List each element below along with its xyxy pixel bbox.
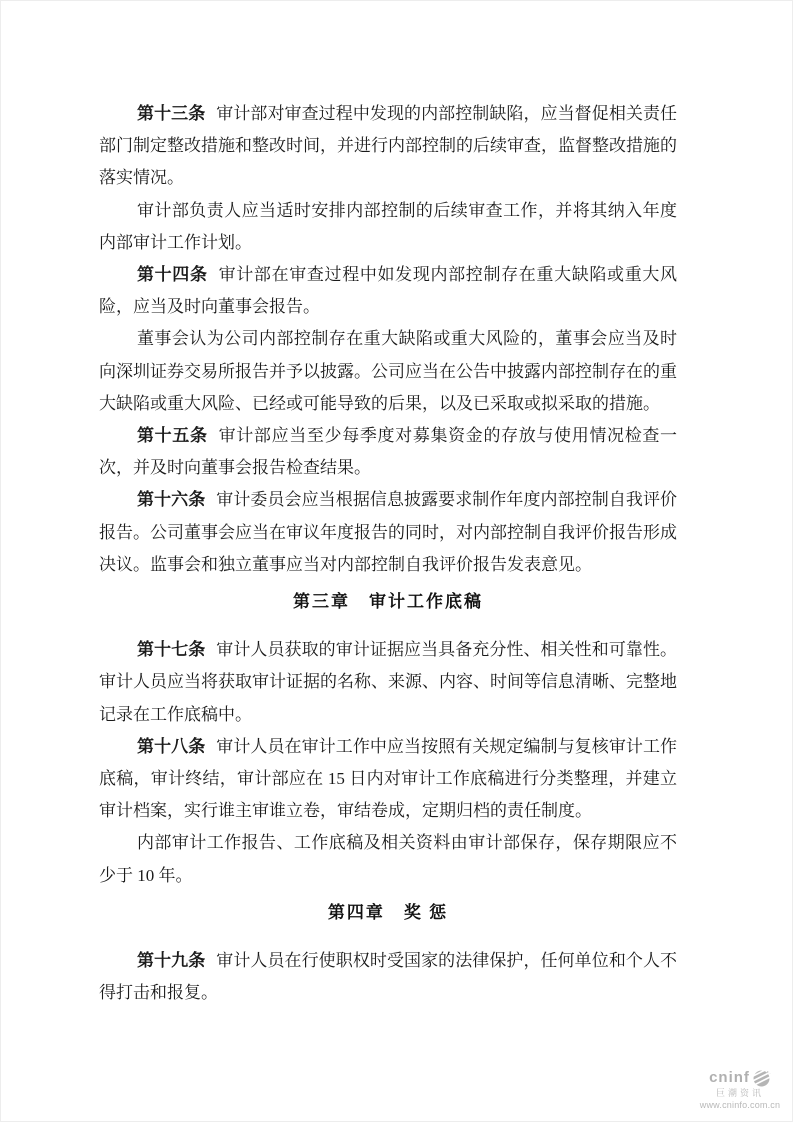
paragraph-text: 董事会认为公司内部控制存在重大缺陷或重大风险的，董事会应当及时向深圳证券交易所报… [99, 329, 677, 412]
body-paragraph: 审计部负责人应当适时安排内部控制的后续审查工作，并将其纳入年度内部审计工作计划。 [99, 195, 677, 259]
body-paragraph: 内部审计工作报告、工作底稿及相关资料由审计部保存，保存期限应不少于 10 年。 [99, 827, 677, 891]
cninfo-watermark: cninf 巨潮资讯 www.cninfo.com.cn [692, 1069, 788, 1111]
article-number: 第十六条 [137, 490, 205, 509]
article-paragraph: 第十五条审计部应当至少每季度对募集资金的存放与使用情况检查一次，并及时向董事会报… [99, 420, 677, 484]
article-paragraph: 第十九条审计人员在行使职权时受国家的法律保护，任何单位和个人不得打击和报复。 [99, 945, 677, 1009]
article-number: 第十五条 [137, 426, 208, 445]
cninfo-brand-row: cninf [692, 1069, 788, 1088]
article-number: 第十七条 [137, 640, 205, 659]
paragraph-text: 审计部负责人应当适时安排内部控制的后续审查工作，并将其纳入年度内部审计工作计划。 [99, 201, 677, 252]
article-number: 第十三条 [137, 104, 205, 123]
article-number: 第十四条 [137, 265, 208, 284]
article-paragraph: 第十三条审计部对审查过程中发现的内部控制缺陷，应当督促相关责任部门制定整改措施和… [99, 98, 677, 195]
paragraph-text: 内部审计工作报告、工作底稿及相关资料由审计部保存，保存期限应不少于 10 年。 [99, 833, 677, 884]
chapter-heading: 第四章 奖 惩 [99, 897, 677, 929]
article-paragraph: 第十八条审计人员在审计工作中应当按照有关规定编制与复核审计工作底稿，审计终结，审… [99, 731, 677, 828]
document-page: 第十三条审计部对审查过程中发现的内部控制缺陷，应当督促相关责任部门制定整改措施和… [0, 0, 793, 1122]
chapter-heading: 第三章 审计工作底稿 [99, 586, 677, 618]
cninfo-swirl-icon [752, 1069, 771, 1088]
cninfo-brand-text: cninf [709, 1070, 750, 1087]
body-paragraph: 董事会认为公司内部控制存在重大缺陷或重大风险的，董事会应当及时向深圳证券交易所报… [99, 323, 677, 420]
article-number: 第十八条 [137, 737, 205, 756]
document-body: 第十三条审计部对审查过程中发现的内部控制缺陷，应当督促相关责任部门制定整改措施和… [99, 98, 677, 1009]
cninfo-url: www.cninfo.com.cn [692, 1101, 788, 1111]
article-paragraph: 第十四条审计部在审查过程中如发现内部控制存在重大缺陷或重大风险，应当及时向董事会… [99, 259, 677, 323]
article-paragraph: 第十六条审计委员会应当根据信息披露要求制作年度内部控制自我评价报告。公司董事会应… [99, 484, 677, 581]
article-number: 第十九条 [137, 951, 205, 970]
cninfo-brand-chinese: 巨潮资讯 [692, 1089, 788, 1099]
article-paragraph: 第十七条审计人员获取的审计证据应当具备充分性、相关性和可靠性。审计人员应当将获取… [99, 634, 677, 731]
